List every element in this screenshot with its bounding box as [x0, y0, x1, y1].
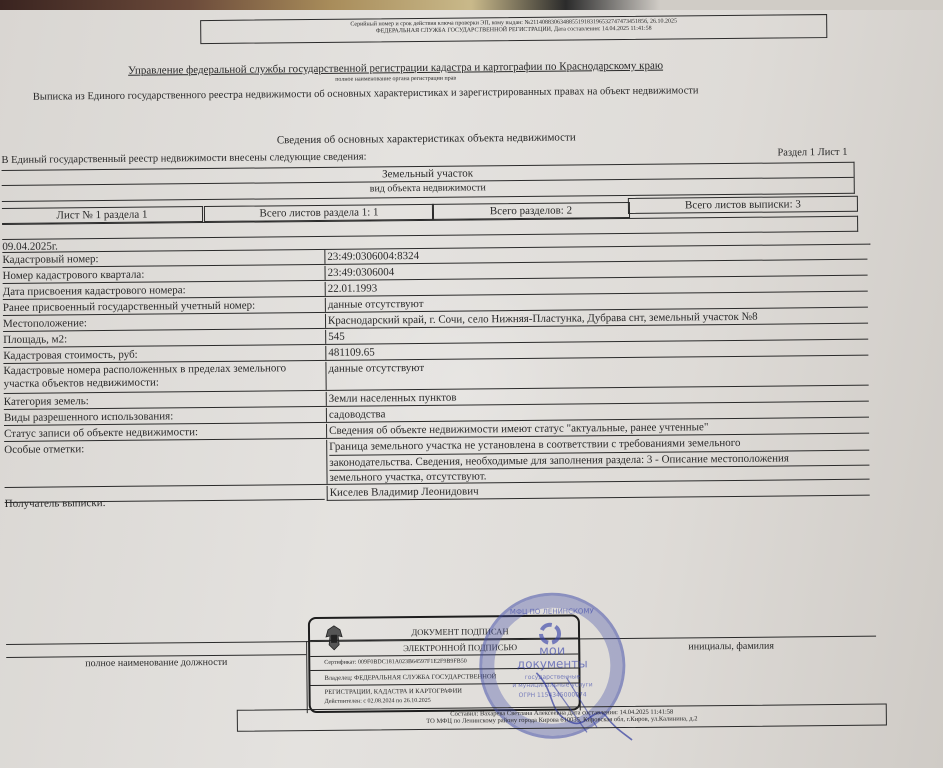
field-label: Кадастровый номер: — [2, 250, 320, 267]
field-label: Дата присвоения кадастрового номера: — [3, 282, 321, 299]
validity: Действителен: с 02.08.2024 по 26.10.2025 — [325, 698, 431, 706]
total-sections: Всего разделов: 2 — [432, 202, 630, 220]
field-label: Виды разрешенного использования: — [4, 408, 322, 425]
mfc-logo-icon — [538, 622, 562, 646]
section-title: Сведения об основных характеристиках объ… — [1, 129, 851, 149]
field-label: Площадь, м2: — [3, 330, 321, 347]
position-caption: полное наименование должности — [6, 654, 306, 670]
initials-caption: инициалы, фамилия — [581, 636, 881, 654]
field-label: Номер кадастрового квартала: — [3, 266, 321, 283]
owner-continued: РЕГИСТРАЦИИ, КАДАСТРА И КАРТОГРАФИИ — [325, 688, 462, 696]
page-ref: Раздел 1 Лист 1 — [777, 147, 847, 159]
field-label: Статус записи об объекте недвижимости: — [4, 424, 322, 441]
stamp-top-text: МФЦ ПО ЛЕНИНСКОМУ — [482, 607, 622, 616]
certificate: Сертификат: 009F0BDC181A023B64597F1E2F9B… — [324, 659, 466, 667]
field-label: Местоположение: — [3, 314, 321, 331]
field-label: Категория земель: — [4, 392, 322, 409]
total-sheets-extract: Всего листов выписки: 3 — [628, 196, 858, 214]
extract-title: Выписка из Единого государственного реес… — [33, 85, 699, 102]
signature-header-box: Серийный номер и срок действия ключа про… — [200, 14, 827, 44]
section-intro: В Единый государственный реестр недвижим… — [1, 151, 366, 166]
field-label: Кадастровая стоимость, руб: — [3, 346, 321, 363]
extract-page: Серийный номер и срок действия ключа про… — [0, 0, 943, 768]
owner: Владелец: ФЕДЕРАЛЬНАЯ СЛУЖБА ГОСУДАРСТВЕ… — [324, 673, 496, 682]
handwritten-signature — [526, 662, 637, 743]
contained-objects: данные отсутствуют — [325, 357, 868, 390]
special-marks: Граница земельного участка не установлен… — [326, 435, 869, 484]
characteristics-table: Кадастровый номер: 23:49:0306004:8324 Но… — [2, 244, 870, 253]
table-row: Особые отметки: Граница земельного участ… — [4, 435, 869, 488]
sheet-number: Лист № 1 раздела 1 — [2, 206, 203, 224]
field-label: Ранее присвоенный государственный учетны… — [3, 298, 321, 315]
field-label: Особые отметки: — [4, 440, 322, 457]
coat-of-arms-icon — [324, 625, 344, 651]
object-type-block: Земельный участок вид объекта недвижимос… — [2, 162, 855, 202]
field-label: Кадастровые номера расположенных в преде… — [3, 362, 321, 393]
